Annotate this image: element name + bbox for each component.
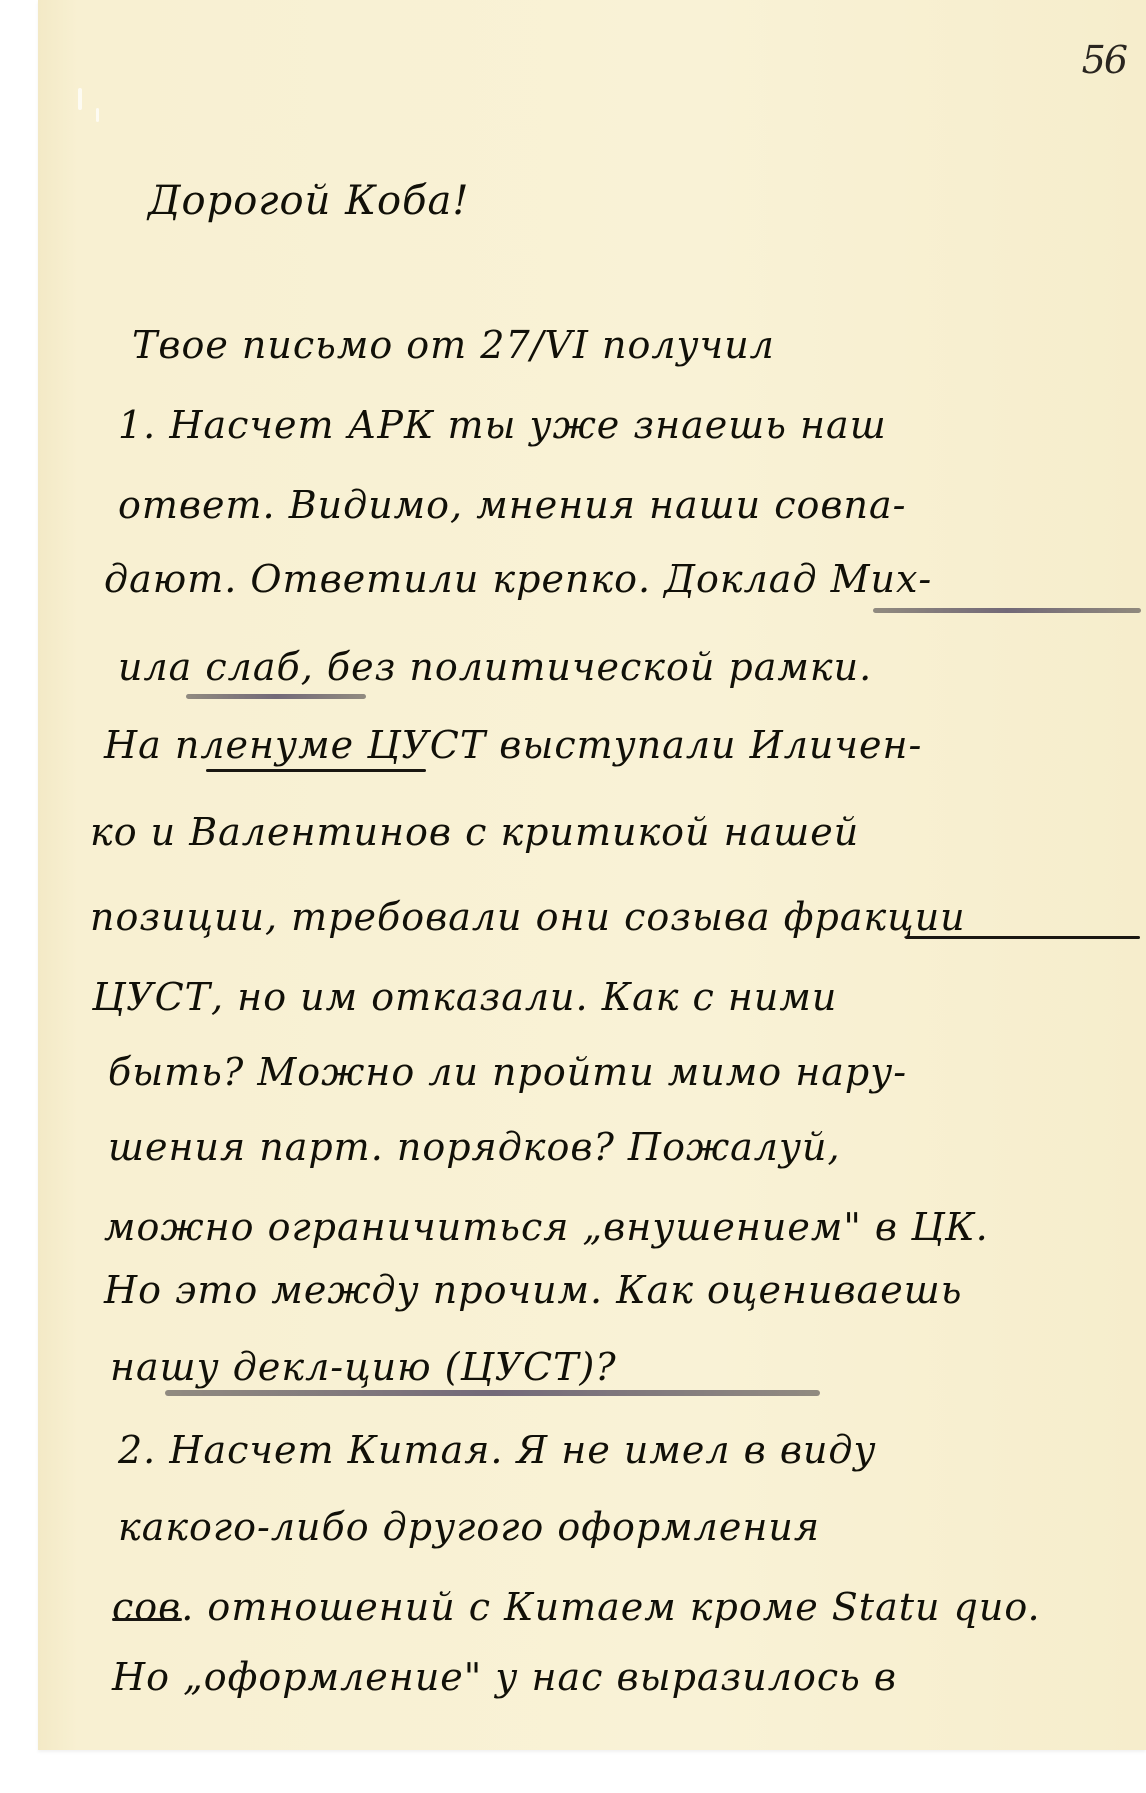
letter-line: позиции, требовали они созыва фракции	[90, 895, 966, 939]
salutation: Дорогой Коба!	[148, 178, 469, 224]
letter-line: ЦУСТ, но им отказали. Как с ними	[92, 975, 837, 1019]
letter-line: Твое письмо от 27/VI получил	[132, 323, 775, 367]
pencil-underline	[873, 608, 1141, 613]
letter-line: ко и Валентинов с критикой нашей	[90, 810, 859, 854]
letter-line: Но „оформление" у нас выразилось в	[112, 1655, 897, 1699]
letter-line: 1. Насчет АРК ты уже знаешь наш	[118, 403, 887, 447]
pencil-underline	[165, 1390, 820, 1396]
ink-underline	[206, 769, 426, 772]
page-number: 56	[1082, 38, 1126, 82]
letter-line: быть? Можно ли пройти мимо нару-	[108, 1050, 907, 1094]
letter-line: какого-либо другого оформления	[118, 1505, 820, 1549]
letter-line: дают. Ответили крепко. Доклад Мих-	[104, 557, 932, 601]
letter-line: Но это между прочим. Как оцениваешь	[104, 1268, 962, 1312]
letter-line: шения парт. порядков? Пожалуй,	[108, 1125, 841, 1169]
letter-line: нашу декл-цию (ЦУСТ)?	[110, 1345, 617, 1389]
letter-line: ответ. Видимо, мнения наши совпа-	[118, 483, 906, 527]
letter-line: 2. Насчет Китая. Я не имел в виду	[118, 1428, 877, 1472]
letter-line: можно ограничиться „внушением" в ЦК.	[104, 1205, 989, 1249]
letter-line: На пленуме ЦУСТ выступали Иличен-	[104, 723, 922, 767]
pencil-underline	[186, 694, 366, 699]
paper-scuff	[78, 88, 82, 110]
ink-underline	[905, 936, 1140, 939]
paper-scuff	[96, 108, 99, 122]
ink-underline	[112, 1618, 182, 1621]
letter-line: ила слаб, без политической рамки.	[118, 645, 872, 689]
letter-page	[38, 0, 1146, 1750]
letter-line: сов. отношений с Китаем кроме Statu quo.	[112, 1585, 1041, 1629]
